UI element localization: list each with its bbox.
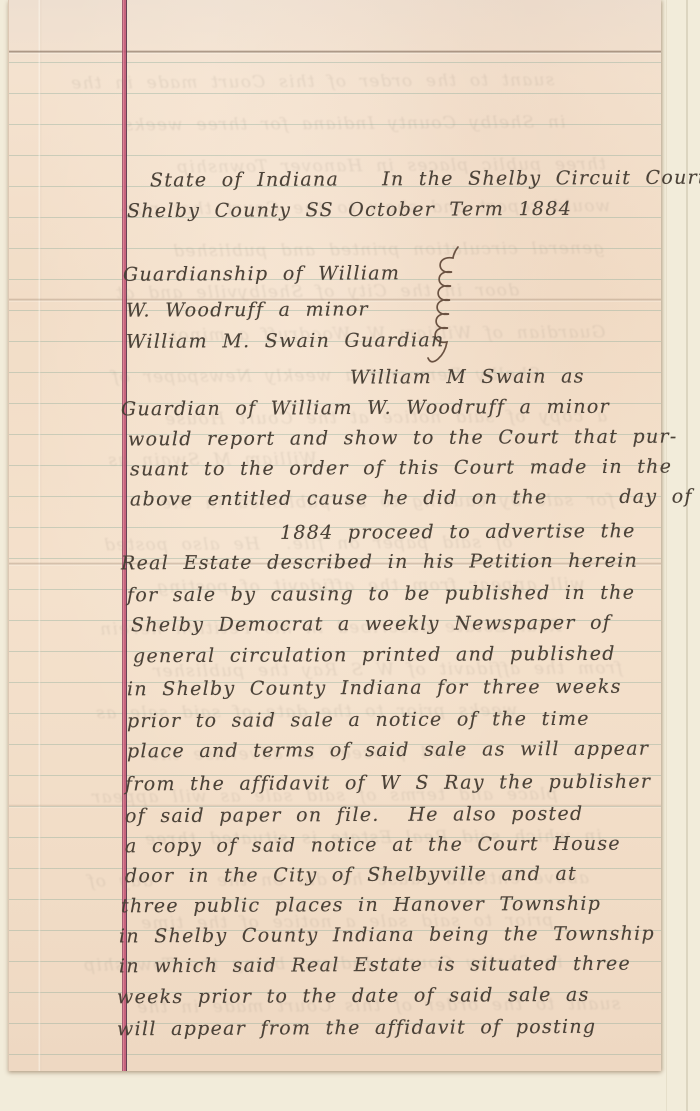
body-line: door in the City of Shelbyville and at xyxy=(125,863,577,887)
scanned-document-page: { "palette": { "backdrop": "#f2ecda", "p… xyxy=(0,0,700,1111)
caption-line: W. Woodruff a minor xyxy=(126,298,369,321)
body-line: in Shelby County Indiana being the Towns… xyxy=(119,923,655,948)
body-line: from the affidavit of W S Ray the publis… xyxy=(125,771,651,796)
body-line: place and terms of said sale as will app… xyxy=(127,738,649,763)
body-line: three public places in Hanover Township xyxy=(121,893,601,918)
body-line: suant to the order of this Court made in… xyxy=(130,456,672,481)
body-line: prior to said sale a notice of the time xyxy=(127,708,590,732)
body-line: in which said Real Estate is situated th… xyxy=(119,953,631,978)
caption-line: William M. Swain Guardian xyxy=(126,329,445,353)
caption-line: Guardianship of William xyxy=(123,262,400,285)
body-line: Real Estate described in his Petition he… xyxy=(121,550,638,575)
caption-brace-icon xyxy=(424,244,468,378)
body-line: William M Swain as xyxy=(350,365,585,388)
body-line: above entitled cause he did on the day o… xyxy=(130,486,693,511)
body-line: Shelby Democrat a weekly Newspaper of xyxy=(131,612,611,637)
body-line: a copy of said notice at the Court House xyxy=(125,833,621,858)
body-line: for sale by causing to be published in t… xyxy=(127,582,635,607)
body-line: Guardian of William W. Woodruff a minor xyxy=(121,396,610,421)
body-line: will appear from the affidavit of postin… xyxy=(117,1016,596,1041)
body-line: would report and show to the Court that … xyxy=(128,426,678,451)
header-line: Shelby County SS October Term 1884 xyxy=(127,198,572,222)
handwriting-layer: State of Indiana In the Shelby Circuit C… xyxy=(0,0,700,1111)
body-line: of said paper on file. He also posted xyxy=(125,803,584,827)
body-line: general circulation printed and publishe… xyxy=(133,643,616,668)
body-line: 1884 proceed to advertise the xyxy=(280,520,636,544)
header-line: State of Indiana In the Shelby Circuit C… xyxy=(150,167,700,192)
body-line: weeks prior to the date of said sale as xyxy=(117,984,590,1008)
body-line: in Shelby County Indiana for three weeks xyxy=(127,676,622,701)
